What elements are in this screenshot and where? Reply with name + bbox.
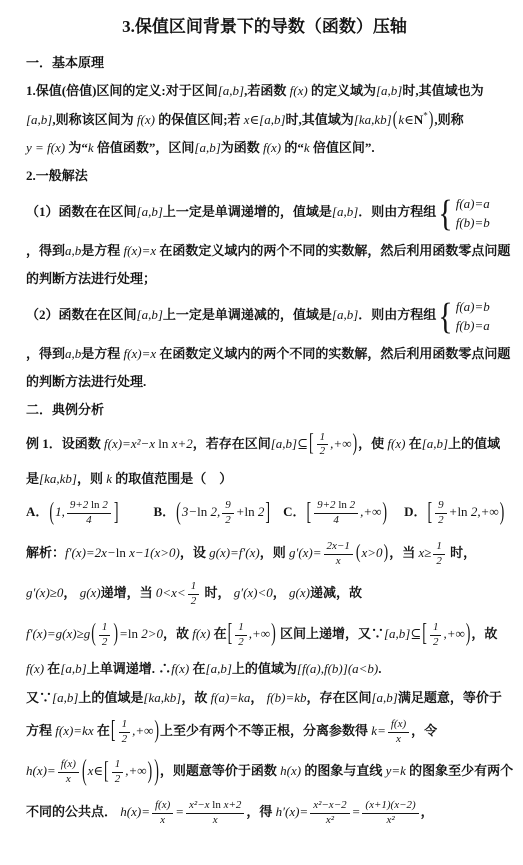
fraction-numerator: x²−x ln x+2 [186,799,244,814]
math-run: x≥ [418,545,431,560]
text-run: ,若函数 [244,83,290,98]
math-run: x²−x [189,799,212,811]
fraction-denominator: 2 [430,636,442,650]
math-expression: f(x)=x [124,346,157,361]
text-run: 例 1．设函数 [26,436,104,451]
math-expression: f(x) [387,436,405,451]
fraction-denominator: 2 [433,555,445,569]
math-run: f(x)=kx [55,723,93,738]
fraction: 9+2 ln 24 [314,499,358,528]
text-run: ，则 [260,545,289,560]
stretch-bracket: ) [383,544,390,564]
equation-system: {f(a)=bf(b)=a [438,299,489,334]
math-expression: g′(x)<0 [234,585,273,600]
text-run: 一．基本原理 [26,55,104,70]
math-run: [ka,kb] [354,112,392,127]
math-run: 9+2 [317,499,338,511]
text-run: （1）函数在在区间 [26,204,137,219]
math-run: f(x) [171,661,189,676]
math-expression: f(a)=ka [211,690,251,705]
example-1-line-1: 例 1．设函数 f(x)=x²−x ln x+2，若存在区间[a,b]⊆[12,… [26,431,503,460]
cases-brace-icon: { [438,195,452,233]
stretch-bracket: ) [381,501,388,526]
text-run: 时,其值域也为 [402,83,483,98]
math-run: [a,b] [137,307,163,322]
fraction-denominator: x [333,555,344,569]
math-expression: ,+∞ [330,436,351,451]
math-run: [a,b] [60,661,86,676]
fraction: 12 [112,758,124,787]
math-run: = [175,804,184,819]
math-expression: [a,b] [332,307,358,322]
math-expression: ,+∞ [125,763,146,778]
text-run: 的判断方法进行处理； [26,271,156,286]
fraction: 12 [433,540,445,569]
math-run: 2, [207,504,220,519]
stretch-bracket: ) [428,111,435,131]
text-run: ,则称该区间为 [52,112,137,127]
math-run: 2,+∞ [468,504,499,519]
text-run: 上一定是单调递增的，值域是 [163,204,332,219]
math-expression: [ka,kb] [143,690,181,705]
math-run: 1 [191,580,197,592]
text-run: ．则由方程组 [358,204,436,219]
stretch-bracket: ) [465,622,472,647]
text-run: ，故 [181,690,210,705]
math-run: 2 [238,636,244,648]
math-run: = [352,804,361,819]
math-bold-run: D． [404,504,426,519]
text-run: 在函数定义域内的两个不同的实数解，然后利用函数零点问题 [156,243,510,258]
fraction-numerator: 1 [188,580,200,595]
text-run: 上的值域 [448,436,500,451]
text-run: 倍值函数”，区间 [94,140,195,155]
math-expression: g′(x)= [289,545,322,560]
math-expression: [a,b] [218,83,244,98]
text-run: 的保值区间;若 [155,112,244,127]
math-expression: ,+∞ [249,626,270,641]
stretch-bracket: ( [48,501,55,526]
math-ln: ln [116,545,126,560]
math-run: 1 [433,621,439,633]
stretch-bracket: ( [81,758,88,787]
math-expression: [a,b] [60,661,86,676]
text-run: 不同的公共点． [26,804,120,819]
math-expression: a,b [65,243,81,258]
text-run: 的“ [281,140,304,155]
text-run: ，得到 [26,346,65,361]
text-run: 是 [26,471,39,486]
math-expression: [ka,kb] [39,471,77,486]
text-run: 的图象至少有两个 [406,763,513,778]
math-run: [a,b]⊆ [271,436,308,451]
math-run: [a,b] [422,436,448,451]
math-expression: h(x)= [26,763,56,778]
fraction-denominator: x² [383,814,397,828]
text-run: 上至少有两个不等正根，分离参数得 [160,723,371,738]
math-run: k= [371,723,386,738]
math-run: f(a)=ka [211,690,251,705]
math-expression: y = f(x) [26,140,65,155]
equation-row: f(a)=b [456,299,490,315]
math-run: g′(x)≥0 [26,585,63,600]
solution-line-7: h(x)=f(x)x(x∈[12,+∞))，则题意等价于函数 h(x) 的图象与… [26,758,503,787]
fraction: 9+2 ln 24 [67,499,111,528]
math-run: f(x) [155,799,170,811]
math-expression: k= [371,723,386,738]
math-expression: [a,b] [26,112,52,127]
text-run: ，若存在区间 [193,436,271,451]
math-expression: f(x) [137,112,155,127]
math-expression: x≥ [418,545,431,560]
math-expression: [a,b] [376,83,402,98]
text-run: 在 [94,723,110,738]
math-run: [a,b] [218,83,244,98]
fraction-denominator: 2 [435,514,447,528]
text-run: ,则称 [434,112,463,127]
method-2-line-1: （2）函数在在区间[a,b]上一定是单调递减的，值域是[a,b]．则由方程组{f… [26,299,503,334]
math-expression: f′(x)=2x−ln x−1(x>0) [65,545,180,560]
math-expression: +ln 2 [236,504,265,519]
math-run: x+2 [221,799,242,811]
math-run: [a,b] [137,204,163,219]
math-expression: [a,b] [332,204,358,219]
text-run: 区间上递增，又∵ [277,626,384,641]
math-run: 2 [433,636,439,648]
text-run: ，令 [411,723,437,738]
fraction-denominator: 2 [112,773,124,787]
document-page: 3.保值区间背景下的导数（函数）压轴 一．基本原理1.保值(倍值)区间的定义:对… [0,0,523,827]
fraction-numerator: 9+2 ln 2 [314,499,358,514]
text-run: 方程 [26,723,55,738]
fraction-numerator: 9+2 ln 2 [67,499,111,514]
page-title: 3.保值区间背景下的导数（函数）压轴 [26,16,503,37]
stretch-bracket: [ [305,501,312,526]
math-run: [a,b] [332,307,358,322]
math-expression: ,+∞ [443,626,464,641]
math-run: f(a)=b [456,299,490,314]
math-run: ,+∞ [132,723,153,738]
math-run: g(x) [80,585,101,600]
fraction-denominator: x [157,814,168,828]
text-run: 递减，故 [310,585,362,600]
math-run: 1 [115,758,121,770]
text-run: ，则题意等价于函数 [160,763,280,778]
stretch-bracket: ( [90,622,97,647]
fraction-numerator: 1 [119,718,131,733]
math-run: y = f(x) [26,140,65,155]
text-run: 在 [210,626,226,641]
text-run: ，存在区间 [306,690,371,705]
math-expression: f(x) [26,661,44,676]
math-run: f(x)=x [124,346,157,361]
stretch-bracket: ) [499,501,506,526]
text-run: ，当 [389,545,418,560]
math-expression: [a,b] [422,436,448,451]
text-run: 的图象与直线 [301,763,386,778]
fraction-denominator: 2 [235,636,247,650]
fraction-numerator: 2x−1 [324,540,353,555]
method-1-line-3: 的判断方法进行处理； [26,271,503,287]
math-run: 4 [86,514,92,526]
text-run: ，得到 [26,243,65,258]
math-ln: ln [212,799,221,811]
fraction-denominator: 4 [330,514,342,528]
method-heading: 2.一般解法 [26,168,503,184]
equation-row: f(a)=a [456,196,490,212]
math-run: [a,b] [52,690,78,705]
math-run: 2 [438,514,444,526]
math-run: 2 [436,555,442,567]
math-run: x [160,814,165,826]
math-expression: g′(x)≥0 [26,585,63,600]
math-run: f(a)=a [456,196,490,211]
text-run: 又∵ [26,690,52,705]
math-expression: f(x) [290,83,308,98]
fraction: f(x)x [388,718,409,747]
stretch-bracket: ) [270,622,277,647]
math-expression: [a,b] [137,307,163,322]
solution-line-1: 解析：f′(x)=2x−ln x−1(x>0)，设 g(x)=f′(x)，则 g… [26,540,503,569]
fraction: f(x)x [152,799,173,828]
fraction: 12 [188,580,200,609]
stretch-bracket: ( [355,544,362,564]
math-expression: 0<x< [156,585,186,600]
math-run: x [213,814,218,826]
math-run: 2 [347,499,355,511]
math-run: g(x) [289,585,310,600]
math-run: 2 [255,504,265,519]
text-run: 为“ [65,140,88,155]
math-run: 2x−1 [327,540,350,552]
section-2-heading: 二．典例分析 [26,402,503,418]
fraction-numerator: f(x) [388,718,409,733]
math-run: ,+∞ [360,504,381,519]
math-run: [a,b] [376,83,402,98]
math-run: f(x) [26,661,44,676]
text-run: ，则 [77,471,106,486]
text-run: 在 [405,436,421,451]
math-run: h(x) [280,763,301,778]
math-run: x∈[a,b] [244,112,286,127]
math-expression: [f(a),f(b)](a<b) [297,661,378,676]
solution-line-8: 不同的公共点． h(x)=f(x)x=x²−x ln x+2x，得 h′(x)=… [26,799,503,828]
math-expression: h(x) [280,763,301,778]
math-run: 2 [115,773,121,785]
math-run: f(x) [387,436,405,451]
math-run: + [236,504,245,519]
math-run: [a,b]⊆ [384,626,421,641]
text-run: 在 [44,661,60,676]
math-run: 2>0 [138,626,163,641]
math-expression: f(x) [192,626,210,641]
fraction-numerator: 9 [435,499,447,514]
solution-line-4: f(x) 在[a,b]上单调递增. ∴f(x) 在[a,b]上的值域为[f(a)… [26,661,503,677]
options-line: A．(1,9+2 ln 24]B．(3−ln 2,92+ln 2]C．[9+2 … [26,499,503,528]
solution-line-6: 方程 f(x)=kx 在[12,+∞)上至少有两个不等正根，分离参数得 k=f(… [26,718,503,747]
math-expression: [a,b] [137,204,163,219]
math-ln: ln [338,499,347,511]
math-run: y=k [386,763,406,778]
text-run: . [378,661,381,676]
math-expression: x∈ [88,763,103,778]
math-run: 9 [438,499,444,511]
text-run: 2.一般解法 [26,168,88,183]
equation-row: f(b)=a [456,318,490,334]
text-run: 时， [447,545,476,560]
text-run: 倍值区间”. [310,140,375,155]
math-run: 2 [100,499,108,511]
fraction: 92 [222,499,234,528]
stretch-bracket: [ [103,761,110,785]
math-expression: [a,b] [206,661,232,676]
text-run: ．则由方程组 [358,307,436,322]
math-run: 9 [225,499,231,511]
fraction: f(x)x [58,758,79,787]
fraction: 12 [317,431,329,460]
stretch-bracket: ( [175,501,182,526]
math-run: f(x)=x²−x [104,436,158,451]
math-run: g(x)=f′(x) [209,545,260,560]
math-expression: f′(x)=g(x)≥g [26,626,90,641]
math-expression: f(x)=x [124,243,157,258]
math-run: ,+∞ [125,763,146,778]
text-run: ，得 [246,804,275,819]
text-run: 上单调递增. ∴ [87,661,172,676]
math-run: [a,b] [206,661,232,676]
math-ln: ln [128,626,138,641]
text-run: 满足题意，等价于 [398,690,502,705]
math-bold-run: B． [153,504,175,519]
math-expression: [a,b] [194,140,220,155]
math-run: 1 [320,431,326,443]
text-run: 时， [201,585,234,600]
math-run: [a,b] [194,140,220,155]
stretch-bracket: [ [227,622,234,647]
math-expression: f(x)=kx [55,723,93,738]
math-expression: a,b [65,346,81,361]
math-run: (x+1)(x−2) [365,799,415,811]
text-run: ，故 [163,626,192,641]
math-expression: k∈ [398,112,413,127]
fraction-denominator: x [63,773,74,787]
stretch-bracket: ) [153,719,160,744]
math-expression: = [175,804,184,819]
math-run: [a,b] [332,204,358,219]
math-expression: [a,b] [52,690,78,705]
fraction: (x+1)(x−2)x² [362,799,418,828]
section-1-heading: 一．基本原理 [26,55,503,71]
text-run: 二．典例分析 [26,402,104,417]
fraction-denominator: x [210,814,221,828]
math-expression: f(b)=kb [267,690,307,705]
math-run: a,b [65,243,81,258]
math-run: x² [386,814,394,826]
math-ln: ln [245,504,255,519]
fraction-numerator: (x+1)(x−2) [362,799,418,814]
equation-rows: f(a)=bf(b)=a [456,299,490,334]
text-run: 时,其值域为 [286,112,354,127]
fraction: 12 [119,718,131,747]
text-run: （2）函数在在区间 [26,307,137,322]
math-run: 2 [122,733,128,745]
solution-line-3: f′(x)=g(x)≥g(12)=ln 2>0，故 f(x) 在[12,+∞) … [26,621,503,650]
stretch-bracket: ) [112,622,119,647]
math-run: f′(x)=2x− [65,545,116,560]
math-run: x [336,555,341,567]
method-1-line-1: （1）函数在在区间[a,b]上一定是单调递增的，值域是[a,b]．则由方程组{f… [26,196,503,231]
math-run: f(b)=b [456,215,490,230]
math-run: h(x)= [120,804,150,819]
math-run: 2 [102,636,108,648]
stretch-bracket: ) [351,433,358,457]
fraction: 92 [435,499,447,528]
text-run: ，使 [358,436,387,451]
math-expression: +ln 2,+∞ [449,504,499,519]
fraction-denominator: 2 [119,733,131,747]
stretch-bracket: ( [392,111,399,131]
math-run: 1 [436,540,442,552]
math-run: [a,b] [372,690,398,705]
example-1-line-2: 是[ka,kb]，则 k 的取值范围是（ ） [26,471,503,487]
stretch-bracket: [ [426,501,433,526]
math-bold-run: C． [283,504,305,519]
math-run: 9+2 [70,499,91,511]
text-run: 上的值域为 [232,661,297,676]
math-run: x² [326,814,334,826]
math-run: [f(a),f(b)](a<b) [297,661,378,676]
fraction: 12 [430,621,442,650]
math-run: f(x)=x [124,243,157,258]
fraction-numerator: 1 [112,758,124,773]
method-2-line-2: ，得到a,b是方程 f(x)=x 在函数定义域内的两个不同的实数解，然后利用函数… [26,346,503,362]
definition-line-1: 1.保值(倍值)区间的定义:对于区间[a,b],若函数 f(x) 的定义域为[a… [26,83,503,99]
stretch-bracket: [ [421,622,428,647]
math-run: 1 [122,718,128,730]
math-expression: [a,b]⊆ [271,436,308,451]
text-run: 在 [189,661,205,676]
math-expression: ,+∞ [132,723,153,738]
definition-line-3: y = f(x) 为“k 倍值函数”，区间[a,b]为函数 f(x) 的“k 倍… [26,140,503,156]
math-expression: g(x)=f′(x) [209,545,260,560]
document-lines: 一．基本原理1.保值(倍值)区间的定义:对于区间[a,b],若函数 f(x) 的… [26,55,503,827]
text-run: 上一定是单调递减的，值域是 [163,307,332,322]
text-run: ， [63,585,79,600]
math-run: x>0 [362,545,383,560]
equation-row: f(b)=b [456,215,490,231]
math-run: f(x) [263,140,281,155]
math-run: [a,b] [26,112,52,127]
math-expression: ,+∞ [360,504,381,519]
math-run: x−1(x>0) [126,545,180,560]
math-run: 2 [225,514,231,526]
fraction: x²−x−2x² [310,799,349,828]
fraction-denominator: 4 [83,514,95,528]
math-expression: g(x) [80,585,101,600]
stretch-bracket: ) [147,761,154,785]
math-run: h′(x)= [276,804,309,819]
math-expression: 1, [55,504,65,519]
math-expression: =ln 2>0 [119,626,163,641]
fraction: 2x−1x [324,540,353,569]
math-expression: f(x) [171,661,189,676]
math-expression: g(x) [289,585,310,600]
text-run: 是方程 [81,346,123,361]
math-expression: [a,b] [372,690,398,705]
math-run: = [119,626,128,641]
text-run: ，设 [180,545,209,560]
text-run: 1.保值(倍值)区间的定义:对于区间 [26,83,218,98]
